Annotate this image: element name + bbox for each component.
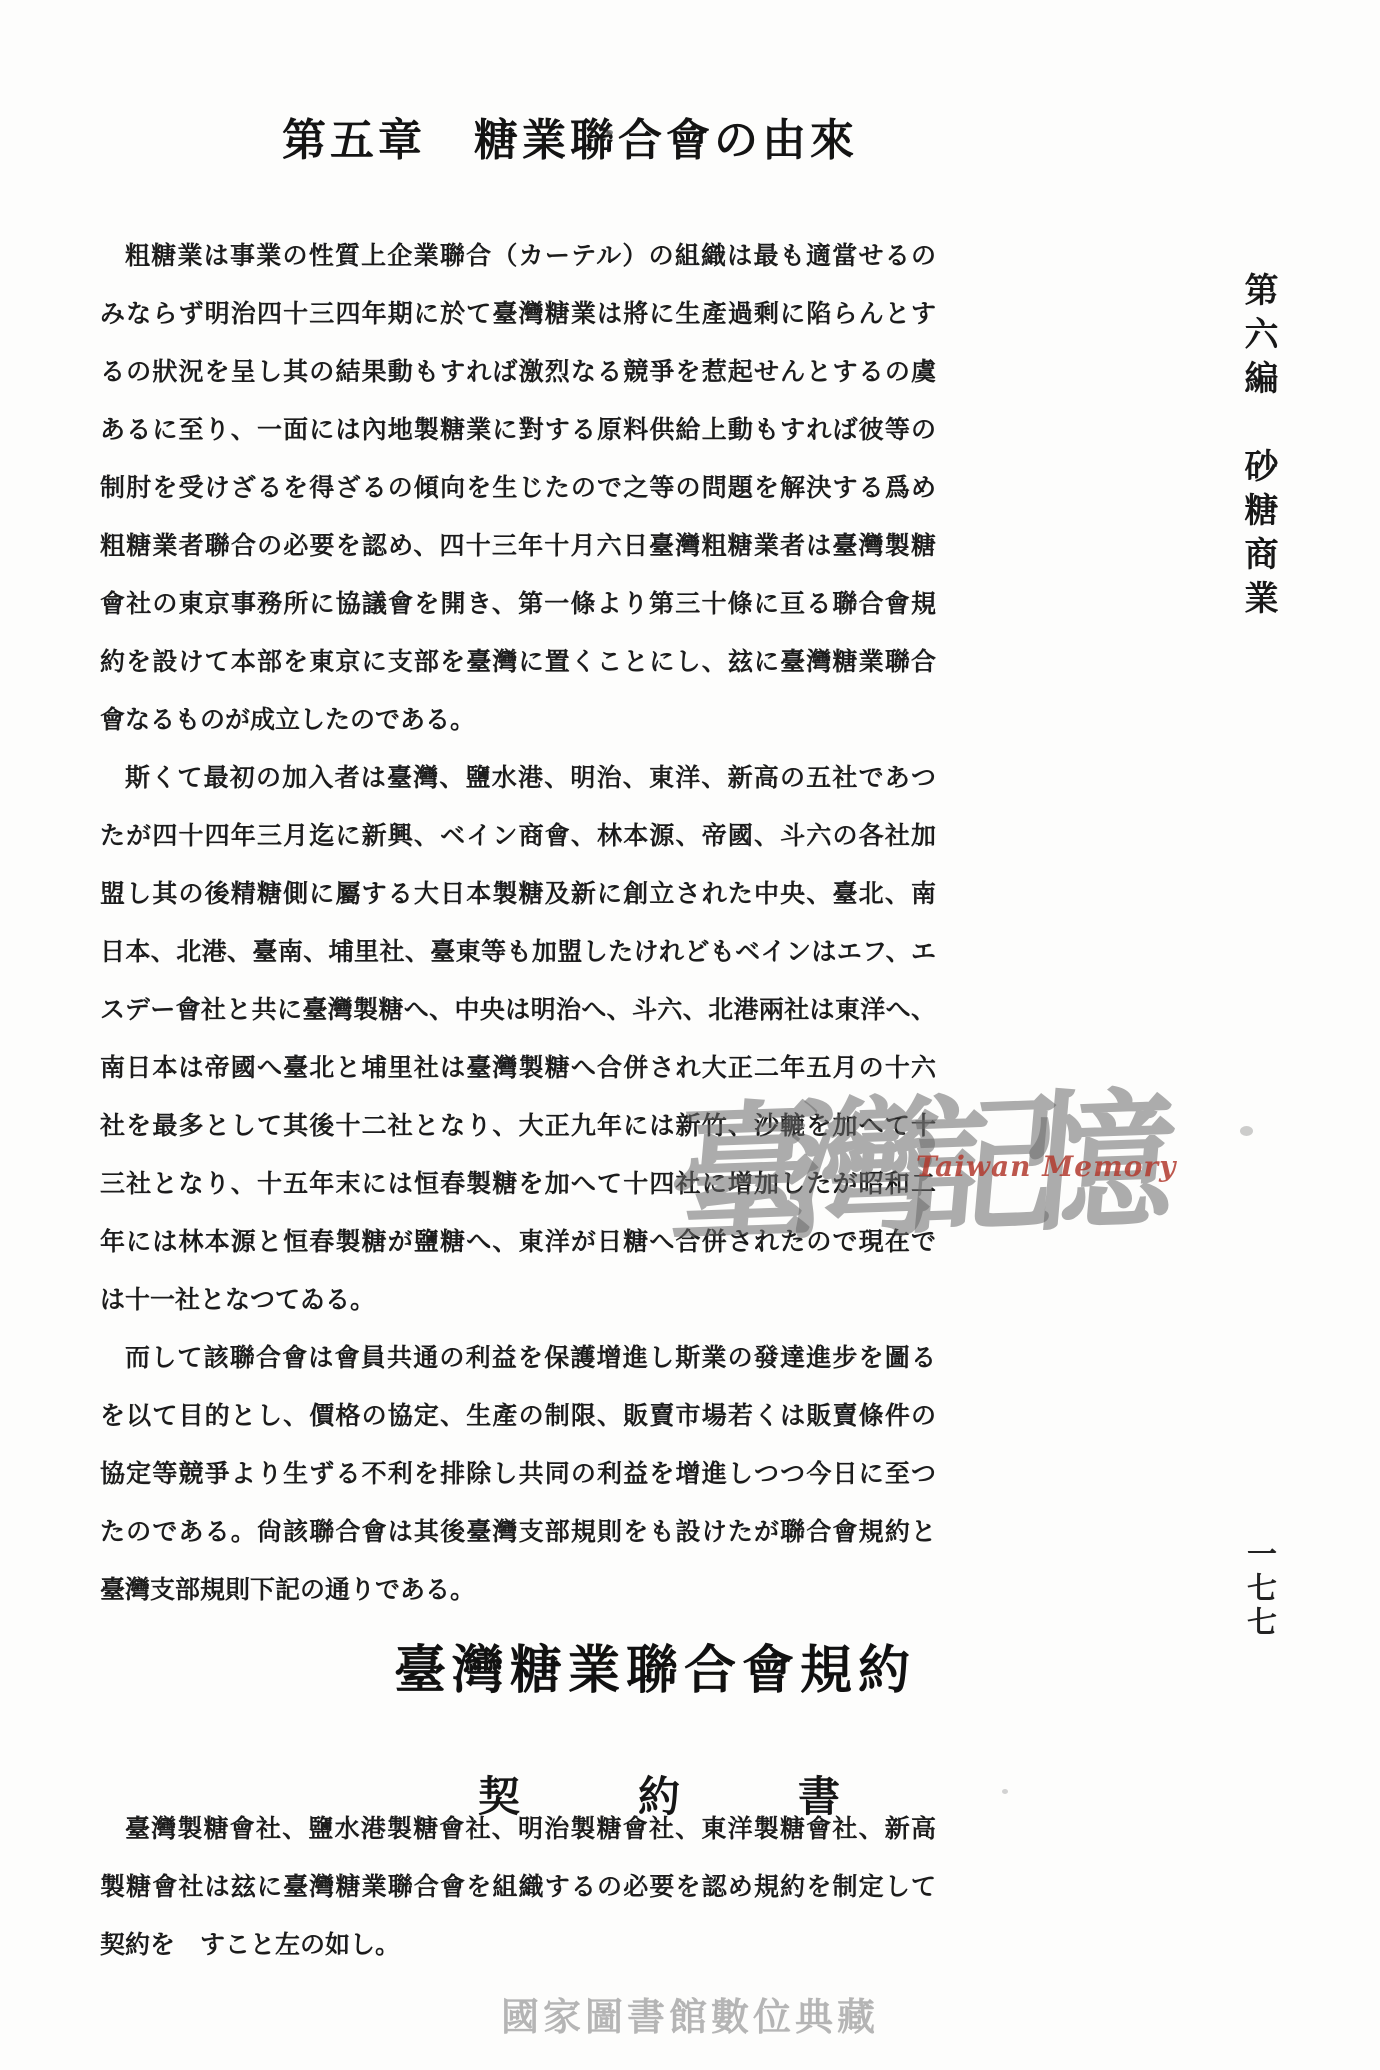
paragraph-line: 製糖會社は玆に臺灣糖業聯合會を組織するの必要を認め規約を制定して — [100, 1858, 936, 1916]
paragraph-1: 粗糖業は事業の性質上企業聯合（カーテル）の組織は最も適當せるの みならず明治四十… — [100, 227, 936, 749]
paragraph-line: るの狀況を呈し其の結果動もすれば激烈なる競爭を惹起せんとするの虞 — [100, 343, 936, 401]
paragraph-line: 日本、北港、臺南、埔里社、臺東等も加盟したけれどもベインはエフ、エ — [100, 923, 936, 981]
paragraph-line: みならず明治四十三四年期に於て臺灣糖業は將に生產過剩に陷らんとす — [100, 285, 936, 343]
paragraph-line: たが四十四年三月迄に新興、ベイン商會、林本源、帝國、斗六の各社加 — [100, 807, 936, 865]
paragraph-line: たのである。尙該聯合會は其後臺灣支部規則をも設けたが聯合會規約と — [100, 1503, 936, 1561]
paragraph-line: 會なるものが成立したのである。 — [100, 691, 936, 749]
page-number: 一七七 — [1236, 1538, 1280, 1640]
margin-section-label: 第六編 砂糖商業 — [1234, 272, 1283, 624]
scan-speck — [606, 130, 613, 135]
paragraph-line: 協定等競爭より生ずる不利を排除し共同の利益を增進しつつ今日に至つ — [100, 1445, 936, 1503]
paragraph-line: 南日本は帝國へ臺北と埔里社は臺灣製糖へ合併され大正二年五月の十六 — [100, 1039, 936, 1097]
paragraph-4: 臺灣製糖會社、鹽水港製糖會社、明治製糖會社、東洋製糖會社、新高 製糖會社は玆に臺… — [100, 1800, 936, 1974]
paragraph-line: 粗糖業は事業の性質上企業聯合（カーテル）の組織は最も適當せるの — [100, 227, 936, 285]
paragraph-line: を以て目的とし、價格の協定、生產の制限、販賣市場若くは販賣條件の — [100, 1387, 936, 1445]
paragraph-line: 會社の東京事務所に協議會を開き、第一條より第三十條に亘る聯合會規 — [100, 575, 936, 633]
paragraph-line: スデー會社と共に臺灣製糖へ、中央は明治へ、斗六、北港兩社は東洋へ、 — [100, 981, 936, 1039]
library-stamp: 國家圖書館數位典藏 — [0, 1986, 1380, 2041]
paragraph-line: 契約を すこと左の如し。 — [100, 1916, 936, 1974]
scanned-book-page: 第五章 糖業聯合會の由來 粗糖業は事業の性質上企業聯合（カーテル）の組織は最も適… — [0, 0, 1380, 2070]
paragraph-line: は十一社となつてゐる。 — [100, 1271, 936, 1329]
paragraph-line: 年には林本源と恒春製糖が鹽糖へ、東洋が日糖へ合併されたので現在で — [100, 1213, 936, 1271]
scan-speck — [1002, 1789, 1008, 1794]
paragraph-line: 臺灣製糖會社、鹽水港製糖會社、明治製糖會社、東洋製糖會社、新高 — [100, 1800, 936, 1858]
paragraph-line: 粗糖業者聯合の必要を認め、四十三年十月六日臺灣粗糖業者は臺灣製糖 — [100, 517, 936, 575]
paragraph-2: 斯くて最初の加入者は臺灣、鹽水港、明治、東洋、新高の五社であつ たが四十四年三月… — [100, 749, 936, 1329]
paragraph-line: 盟し其の後精糖側に屬する大日本製糖及新に創立された中央、臺北、南 — [100, 865, 936, 923]
paragraph-line: 斯くて最初の加入者は臺灣、鹽水港、明治、東洋、新高の五社であつ — [100, 749, 936, 807]
body-text: 粗糖業は事業の性質上企業聯合（カーテル）の組織は最も適當せるの みならず明治四十… — [100, 227, 936, 1619]
paragraph-line: 三社となり、十五年末には恒春製糖を加へて十四社に增加したが昭和二 — [100, 1155, 936, 1213]
paragraph-line: 制肘を受けざるを得ざるの傾向を生じたので之等の問題を解決する爲め — [100, 459, 936, 517]
chapter-title: 第五章 糖業聯合會の由來 — [240, 104, 900, 168]
watermark-latin-text: Taiwan Memory — [916, 1150, 1176, 1183]
scan-speck — [1240, 1126, 1253, 1136]
paragraph-line: 社を最多として其後十二社となり、大正九年には新竹、沙轆を加へて十 — [100, 1097, 936, 1155]
paragraph-3: 而して該聯合會は會員共通の利益を保護增進し斯業の發達進步を圖る を以て目的とし、… — [100, 1329, 936, 1619]
paragraph-line: 臺灣支部規則下記の通りである。 — [100, 1561, 936, 1619]
section-title: 臺灣糖業聯合會規約 — [380, 1628, 930, 1703]
paragraph-line: 而して該聯合會は會員共通の利益を保護增進し斯業の發達進步を圖る — [100, 1329, 936, 1387]
paragraph-line: あるに至り、一面には內地製糖業に對する原料供給上動もすれば彼等の — [100, 401, 936, 459]
paragraph-line: 約を設けて本部を東京に支部を臺灣に置くことにし、玆に臺灣糖業聯合 — [100, 633, 936, 691]
